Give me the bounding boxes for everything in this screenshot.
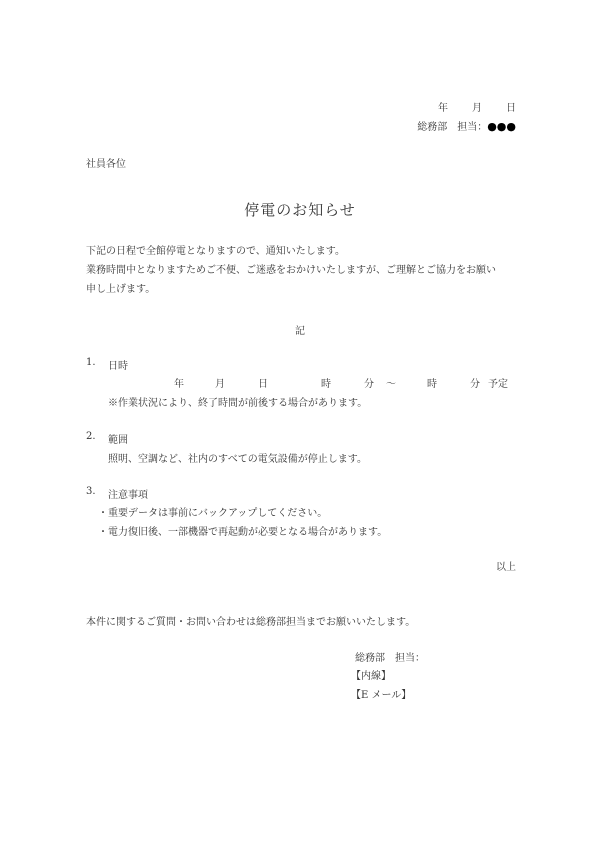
section-2-heading: 範囲 xyxy=(108,431,128,446)
sender-person-name: ●●● xyxy=(487,120,516,133)
section-2-body: 照明、空調など、社内のすべての電気設備が停止します。 xyxy=(108,450,367,465)
date-year: 年 xyxy=(438,99,448,114)
schedule-suffix: 予定 xyxy=(488,375,508,390)
document-title: 停電のお知らせ xyxy=(0,199,600,220)
date-day: 日 xyxy=(506,99,516,114)
schedule-day: 日 xyxy=(258,375,268,390)
schedule-month: 月 xyxy=(215,375,225,390)
intro-line: 業務時間中となりますためご不便、ご迷惑をおかけいたしますが、ご理解とご協力をお願… xyxy=(86,261,526,280)
sender-department: 総務部 xyxy=(417,122,447,133)
contact-email: 【E メール】 xyxy=(351,686,411,701)
date-month: 月 xyxy=(472,99,482,114)
sender-person-label: 担当： xyxy=(457,122,487,133)
section-3-bullet: ・電力復旧後、一部機器で再起動が必要となる場合があります。 xyxy=(98,523,387,538)
sender-line: 総務部担当：●●● xyxy=(417,118,516,133)
section-3-number: 3. xyxy=(86,486,96,497)
section-3-heading: 注意事項 xyxy=(108,486,148,501)
intro-line: 申し上げます。 xyxy=(86,280,526,299)
intro-paragraph: 下記の日程で全館停電となりますので、通知いたします。 業務時間中となりますためご… xyxy=(86,242,526,299)
closing-mark: 以上 xyxy=(496,558,516,573)
schedule-tilde: ～ xyxy=(386,375,396,390)
contact-extension: 【内線】 xyxy=(351,667,391,682)
schedule-end-min: 分 xyxy=(470,375,480,390)
section-1-heading: 日時 xyxy=(108,357,128,372)
schedule-note: ※作業状況により、終了時間が前後する場合があります。 xyxy=(108,394,367,409)
addressee: 社員各位 xyxy=(86,155,126,170)
schedule-start-hour: 時 xyxy=(321,375,331,390)
schedule-end-hour: 時 xyxy=(427,375,437,390)
intro-line: 下記の日程で全館停電となりますので、通知いたします。 xyxy=(86,242,526,261)
inquiry-text: 本件に関するご質問・お問い合わせは総務部担当までお願いいたします。 xyxy=(86,613,415,628)
document-page: 年月日 総務部担当：●●● 社員各位 停電のお知らせ 下記の日程で全館停電となり… xyxy=(0,0,600,849)
schedule-start-min: 分 xyxy=(364,375,374,390)
section-1-number: 1. xyxy=(86,357,96,368)
schedule-year: 年 xyxy=(174,375,184,390)
ki-heading: 記 xyxy=(0,322,600,337)
contact-person-line: 総務部 担当： xyxy=(355,649,425,664)
section-2-number: 2. xyxy=(86,431,96,442)
date-line: 年月日 xyxy=(438,99,516,114)
section-3-bullet: ・重要データは事前にバックアップしてください。 xyxy=(98,504,327,519)
